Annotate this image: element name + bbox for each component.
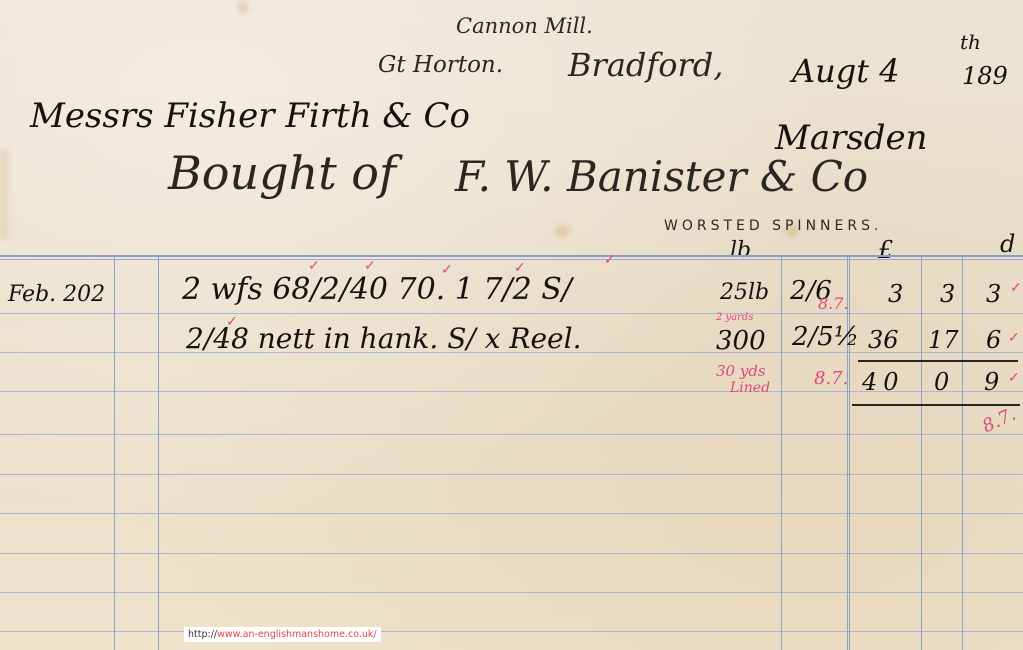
rule-line: [0, 553, 1023, 554]
red-tick-icon: ✓: [1010, 280, 1022, 296]
recipient-location: Marsden: [775, 118, 928, 158]
column-divider: [962, 256, 963, 650]
column-divider: [158, 256, 159, 650]
column-divider-double: [847, 256, 850, 650]
address-horton: Gt Horton.: [378, 52, 503, 78]
edge-stain: [0, 150, 8, 240]
red-tick-icon: ✓: [308, 258, 320, 274]
source-watermark[interactable]: http://www.an-englishmanshome.co.uk/: [184, 627, 381, 642]
stain: [238, 0, 248, 14]
red-check-row1: 8.7.: [818, 294, 849, 313]
row-description: 2/48 nett in hank. S/ x Reel.: [186, 322, 582, 355]
row-description: 2 wfs 68/2/40 70. 1 7/2 S/: [182, 272, 572, 307]
subtotal-line: [858, 360, 1018, 362]
column-divider: [921, 256, 922, 650]
red-tick-icon: ✓: [441, 262, 453, 278]
row-pounds: 36: [868, 326, 899, 354]
recipient: Messrs Fisher Firth & Co: [30, 96, 470, 136]
red-tick-icon: ✓: [1008, 330, 1020, 346]
invoice-date: Augt 4: [792, 52, 900, 90]
firm-name: F. W. Banister & Co: [455, 152, 868, 201]
watermark-prefix: http://: [188, 629, 217, 640]
trade-label: WORSTED SPINNERS.: [664, 218, 882, 234]
top-rule-inner: [0, 259, 1023, 260]
rule-line: [0, 513, 1023, 514]
rule-line: [0, 474, 1023, 475]
red-tick-icon: ✓: [226, 314, 238, 330]
total-pounds: 40: [862, 368, 905, 396]
red-note-30yds: 30 yds: [716, 362, 766, 380]
row-rate: 2/5½: [792, 322, 859, 352]
invoice-year: 189: [962, 62, 1008, 90]
date-suffix: th: [960, 30, 981, 54]
red-tick-icon: ✓: [1008, 370, 1020, 386]
bought-of-label: Bought of: [168, 146, 396, 200]
red-tick-icon: ✓: [604, 252, 616, 268]
red-tick-icon: ✓: [364, 258, 376, 274]
row-pounds: 3: [888, 280, 903, 308]
row-weight: 300: [716, 326, 766, 356]
red-note-lined: Lined: [730, 380, 770, 396]
rule-line: [0, 434, 1023, 435]
mill-name: Cannon Mill.: [456, 14, 593, 38]
red-tick-icon: ✓: [514, 260, 526, 276]
ledger-reference: Feb. 202: [8, 282, 105, 307]
row-weight: 25lb: [720, 280, 769, 305]
rule-line: [0, 592, 1023, 593]
red-check-row2: 8.7.: [814, 368, 848, 389]
row-pence: 3: [986, 280, 1001, 308]
pence-column-marker: d: [1000, 230, 1015, 258]
red-note-yards: 2 yards: [716, 312, 753, 323]
watermark-url[interactable]: www.an-englishmanshome.co.uk/: [217, 629, 376, 640]
column-divider: [114, 256, 115, 650]
total-shillings: 0: [934, 368, 949, 396]
address-bradford: Bradford,: [568, 46, 723, 84]
total-pence: 9: [984, 368, 999, 396]
rule-line: [0, 313, 1023, 314]
row-shillings: 17: [928, 326, 959, 354]
top-rule: [0, 255, 1023, 257]
total-line: [852, 404, 1020, 406]
rule-line: [0, 631, 1023, 632]
row-pence: 6: [986, 326, 1001, 354]
row-shillings: 3: [940, 280, 955, 308]
column-divider: [781, 256, 782, 650]
stain: [555, 225, 569, 237]
